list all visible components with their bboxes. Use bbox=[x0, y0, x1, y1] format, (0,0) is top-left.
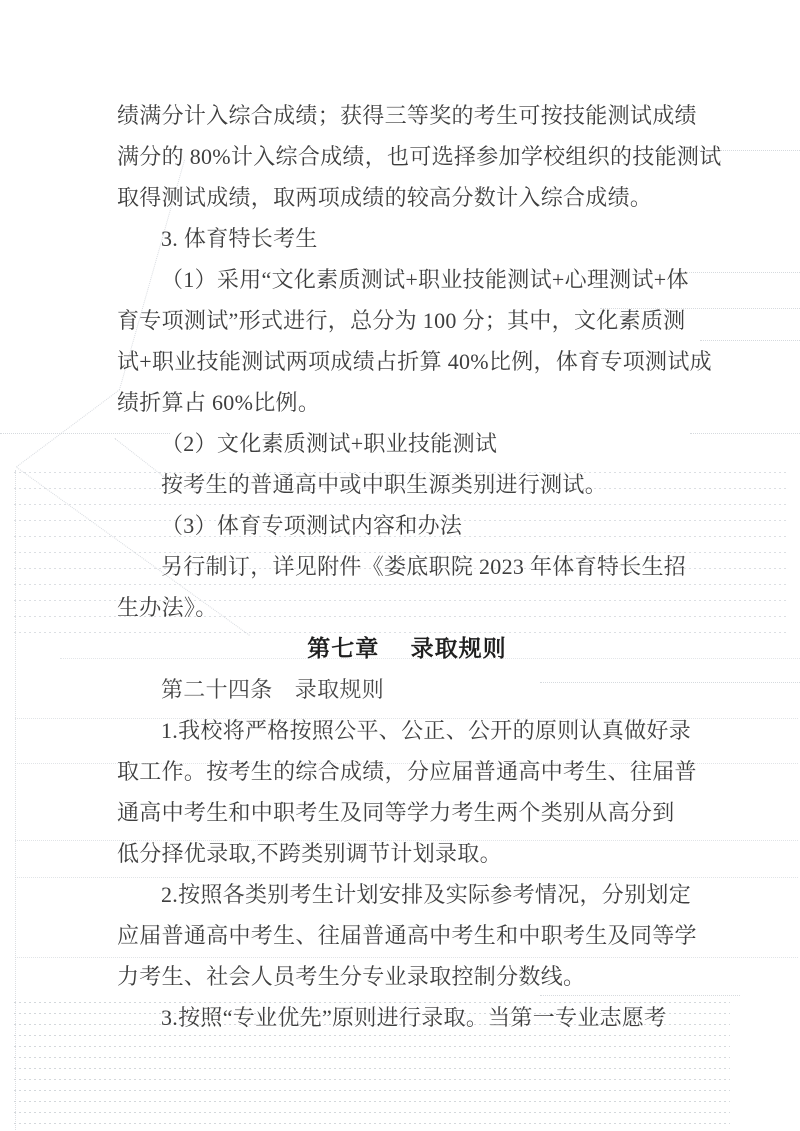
body-line: 绩满分计入综合成绩；获得三等奖的考生可按技能测试成绩 bbox=[117, 95, 697, 136]
scanned-document-page: 绩满分计入综合成绩；获得三等奖的考生可按技能测试成绩 满分的 80%计入综合成绩… bbox=[0, 0, 800, 1131]
body-line: 应届普通高中考生、往届普通高中考生和中职考生及同等学 bbox=[117, 915, 697, 956]
body-line: 3. 体育特长考生 bbox=[117, 218, 697, 259]
body-line: 满分的 80%计入综合成绩，也可选择参加学校组织的技能测试 bbox=[117, 136, 697, 177]
scan-noise-line bbox=[700, 340, 800, 341]
body-line: 力考生、社会人员考生分专业录取控制分数线。 bbox=[117, 956, 697, 997]
body-line: 低分择优录取,不跨类别调节计划录取。 bbox=[117, 833, 697, 874]
body-line: （3）体育专项测试内容和办法 bbox=[117, 505, 697, 546]
body-line: 2.按照各类别考生计划安排及实际参考情况，分别划定 bbox=[117, 874, 697, 915]
document-text-block: 绩满分计入综合成绩；获得三等奖的考生可按技能测试成绩 满分的 80%计入综合成绩… bbox=[117, 95, 697, 1038]
scan-noise-diagonal bbox=[16, 389, 120, 467]
body-line: 另行制订，详见附件《娄底职院 2023 年体育特长生招 bbox=[117, 546, 697, 587]
body-line: 生办法》。 bbox=[117, 587, 697, 628]
body-line: 按考生的普通高中或中职生源类别进行测试。 bbox=[117, 464, 697, 505]
body-line: 1.我校将严格按照公平、公正、公开的原则认真做好录 bbox=[117, 710, 697, 751]
scan-noise-line bbox=[680, 272, 800, 273]
body-line: 绩折算占 60%比例。 bbox=[117, 382, 697, 423]
chapter-heading: 第七章 录取规则 bbox=[117, 628, 697, 669]
body-line: 取工作。按考生的综合成绩，分应届普通高中考生、往届普 bbox=[117, 751, 697, 792]
body-line: 取得测试成绩，取两项成绩的较高分数计入综合成绩。 bbox=[117, 177, 697, 218]
body-line: （2）文化素质测试+职业技能测试 bbox=[117, 423, 697, 464]
article-heading: 第二十四条 录取规则 bbox=[117, 669, 697, 710]
body-line: （1）采用“文化素质测试+职业技能测试+心理测试+体 bbox=[117, 259, 697, 300]
scan-noise-line bbox=[690, 433, 800, 434]
body-line: 通高中考生和中职考生及同等学力考生两个类别从高分到 bbox=[117, 792, 697, 833]
body-line: 试+职业技能测试两项成绩占折算 40%比例，体育专项测试成 bbox=[117, 341, 697, 382]
body-line: 育专项测试”形式进行，总分为 100 分；其中，文化素质测 bbox=[117, 300, 697, 341]
scan-noise-vertical-line bbox=[15, 470, 16, 1130]
body-line: 3.按照“专业优先”原则进行录取。当第一专业志愿考 bbox=[117, 997, 697, 1038]
